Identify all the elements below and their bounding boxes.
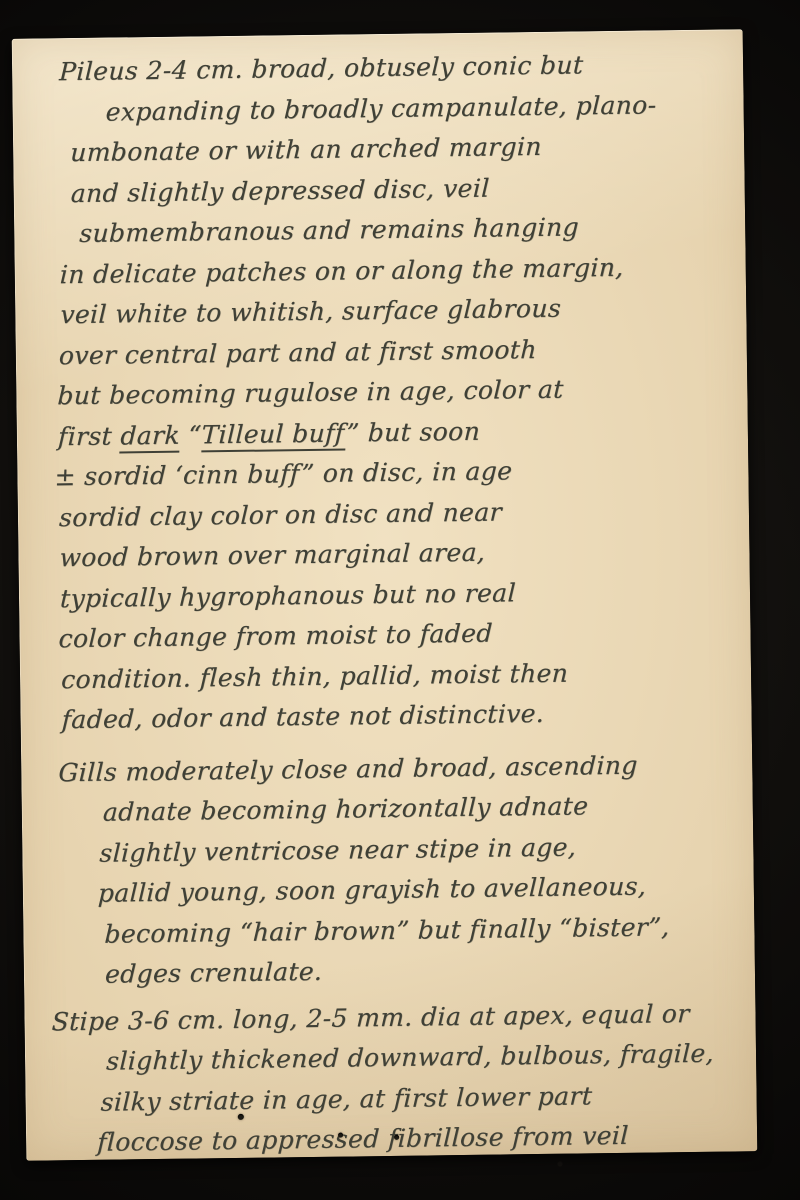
text-segment: and slightly depressed disc, veil xyxy=(70,173,490,207)
text-segment: but becoming rugulose in age, color at xyxy=(57,375,564,411)
text-segment: over central part and at first smooth xyxy=(58,334,537,369)
text-segment: umbonate or with an arched margin xyxy=(70,132,543,167)
text-segment: faded, odor and taste not distinctive. xyxy=(61,699,545,734)
paragraph-gills: Gills moderately close and broad, ascend… xyxy=(21,744,747,996)
handwritten-line: faded, odor and taste not distinctive. xyxy=(61,691,746,740)
text-segment: submembranous and remains hanging xyxy=(79,212,580,248)
text-segment-underlined: Tilleul buff xyxy=(201,418,347,452)
text-segment: color change from moist to faded xyxy=(58,619,493,654)
text-segment: edges crenulate. xyxy=(104,957,323,989)
text-segment: silky striate in age, at first lower par… xyxy=(100,1081,593,1116)
text-segment: becoming “hair brown” but finally “biste… xyxy=(104,912,670,948)
text-segment: typically hygrophanous but no real xyxy=(60,578,517,613)
pin-hole xyxy=(338,1133,343,1138)
note-card: Pileus 2-4 cm. broad, obtusely conic but… xyxy=(12,29,758,1160)
text-segment-underlined: dark xyxy=(120,420,181,453)
pin-hole xyxy=(238,1114,244,1120)
paragraph-stipe: Stipe 3-6 cm. long, 2-5 mm. dia at apex,… xyxy=(24,993,749,1164)
text-segment: floccose to appressed fibrillose from ve… xyxy=(97,1121,630,1157)
pin-hole xyxy=(394,1135,399,1140)
text-segment: slightly ventricose near stipe in age, xyxy=(99,832,577,867)
photo-background: Pileus 2-4 cm. broad, obtusely conic but… xyxy=(0,0,800,1200)
card-text: Pileus 2-4 cm. broad, obtusely conic but… xyxy=(12,43,749,1164)
text-segment: expanding to broadly campanulate, plano- xyxy=(105,90,657,126)
paragraph-pileus: Pileus 2-4 cm. broad, obtusely conic but… xyxy=(12,43,744,741)
handwritten-line: floccose to appressed fibrillose from ve… xyxy=(96,1114,751,1163)
text-segment: adnate becoming horizontally adnate xyxy=(102,791,589,826)
handwritten-line: edges crenulate. xyxy=(104,946,749,995)
text-segment: “ xyxy=(179,420,202,449)
text-segment: sordid clay color on disc and near xyxy=(58,497,502,532)
text-segment: slightly thickened downward, bulbous, fr… xyxy=(106,1039,715,1076)
text-segment: veil white to whitish, surface glabrous xyxy=(60,294,562,330)
text-segment: first xyxy=(57,421,121,451)
text-segment: ” but soon xyxy=(346,416,481,447)
text-segment: condition. flesh thin, pallid, moist the… xyxy=(61,658,569,694)
text-segment: in delicate patches on or along the marg… xyxy=(59,252,624,288)
text-segment: ± sordid ‘cinn buff” on disc, in age xyxy=(54,456,513,491)
text-segment: pallid young, soon grayish to avellaneou… xyxy=(97,872,646,908)
text-segment: Gills moderately close and broad, ascend… xyxy=(58,750,638,787)
text-segment: wood brown over marginal area, xyxy=(59,538,486,573)
text-segment: Pileus 2-4 cm. broad, obtusely conic but xyxy=(59,50,584,86)
text-segment: Stipe 3-6 cm. long, 2-5 mm. dia at apex,… xyxy=(51,999,690,1036)
